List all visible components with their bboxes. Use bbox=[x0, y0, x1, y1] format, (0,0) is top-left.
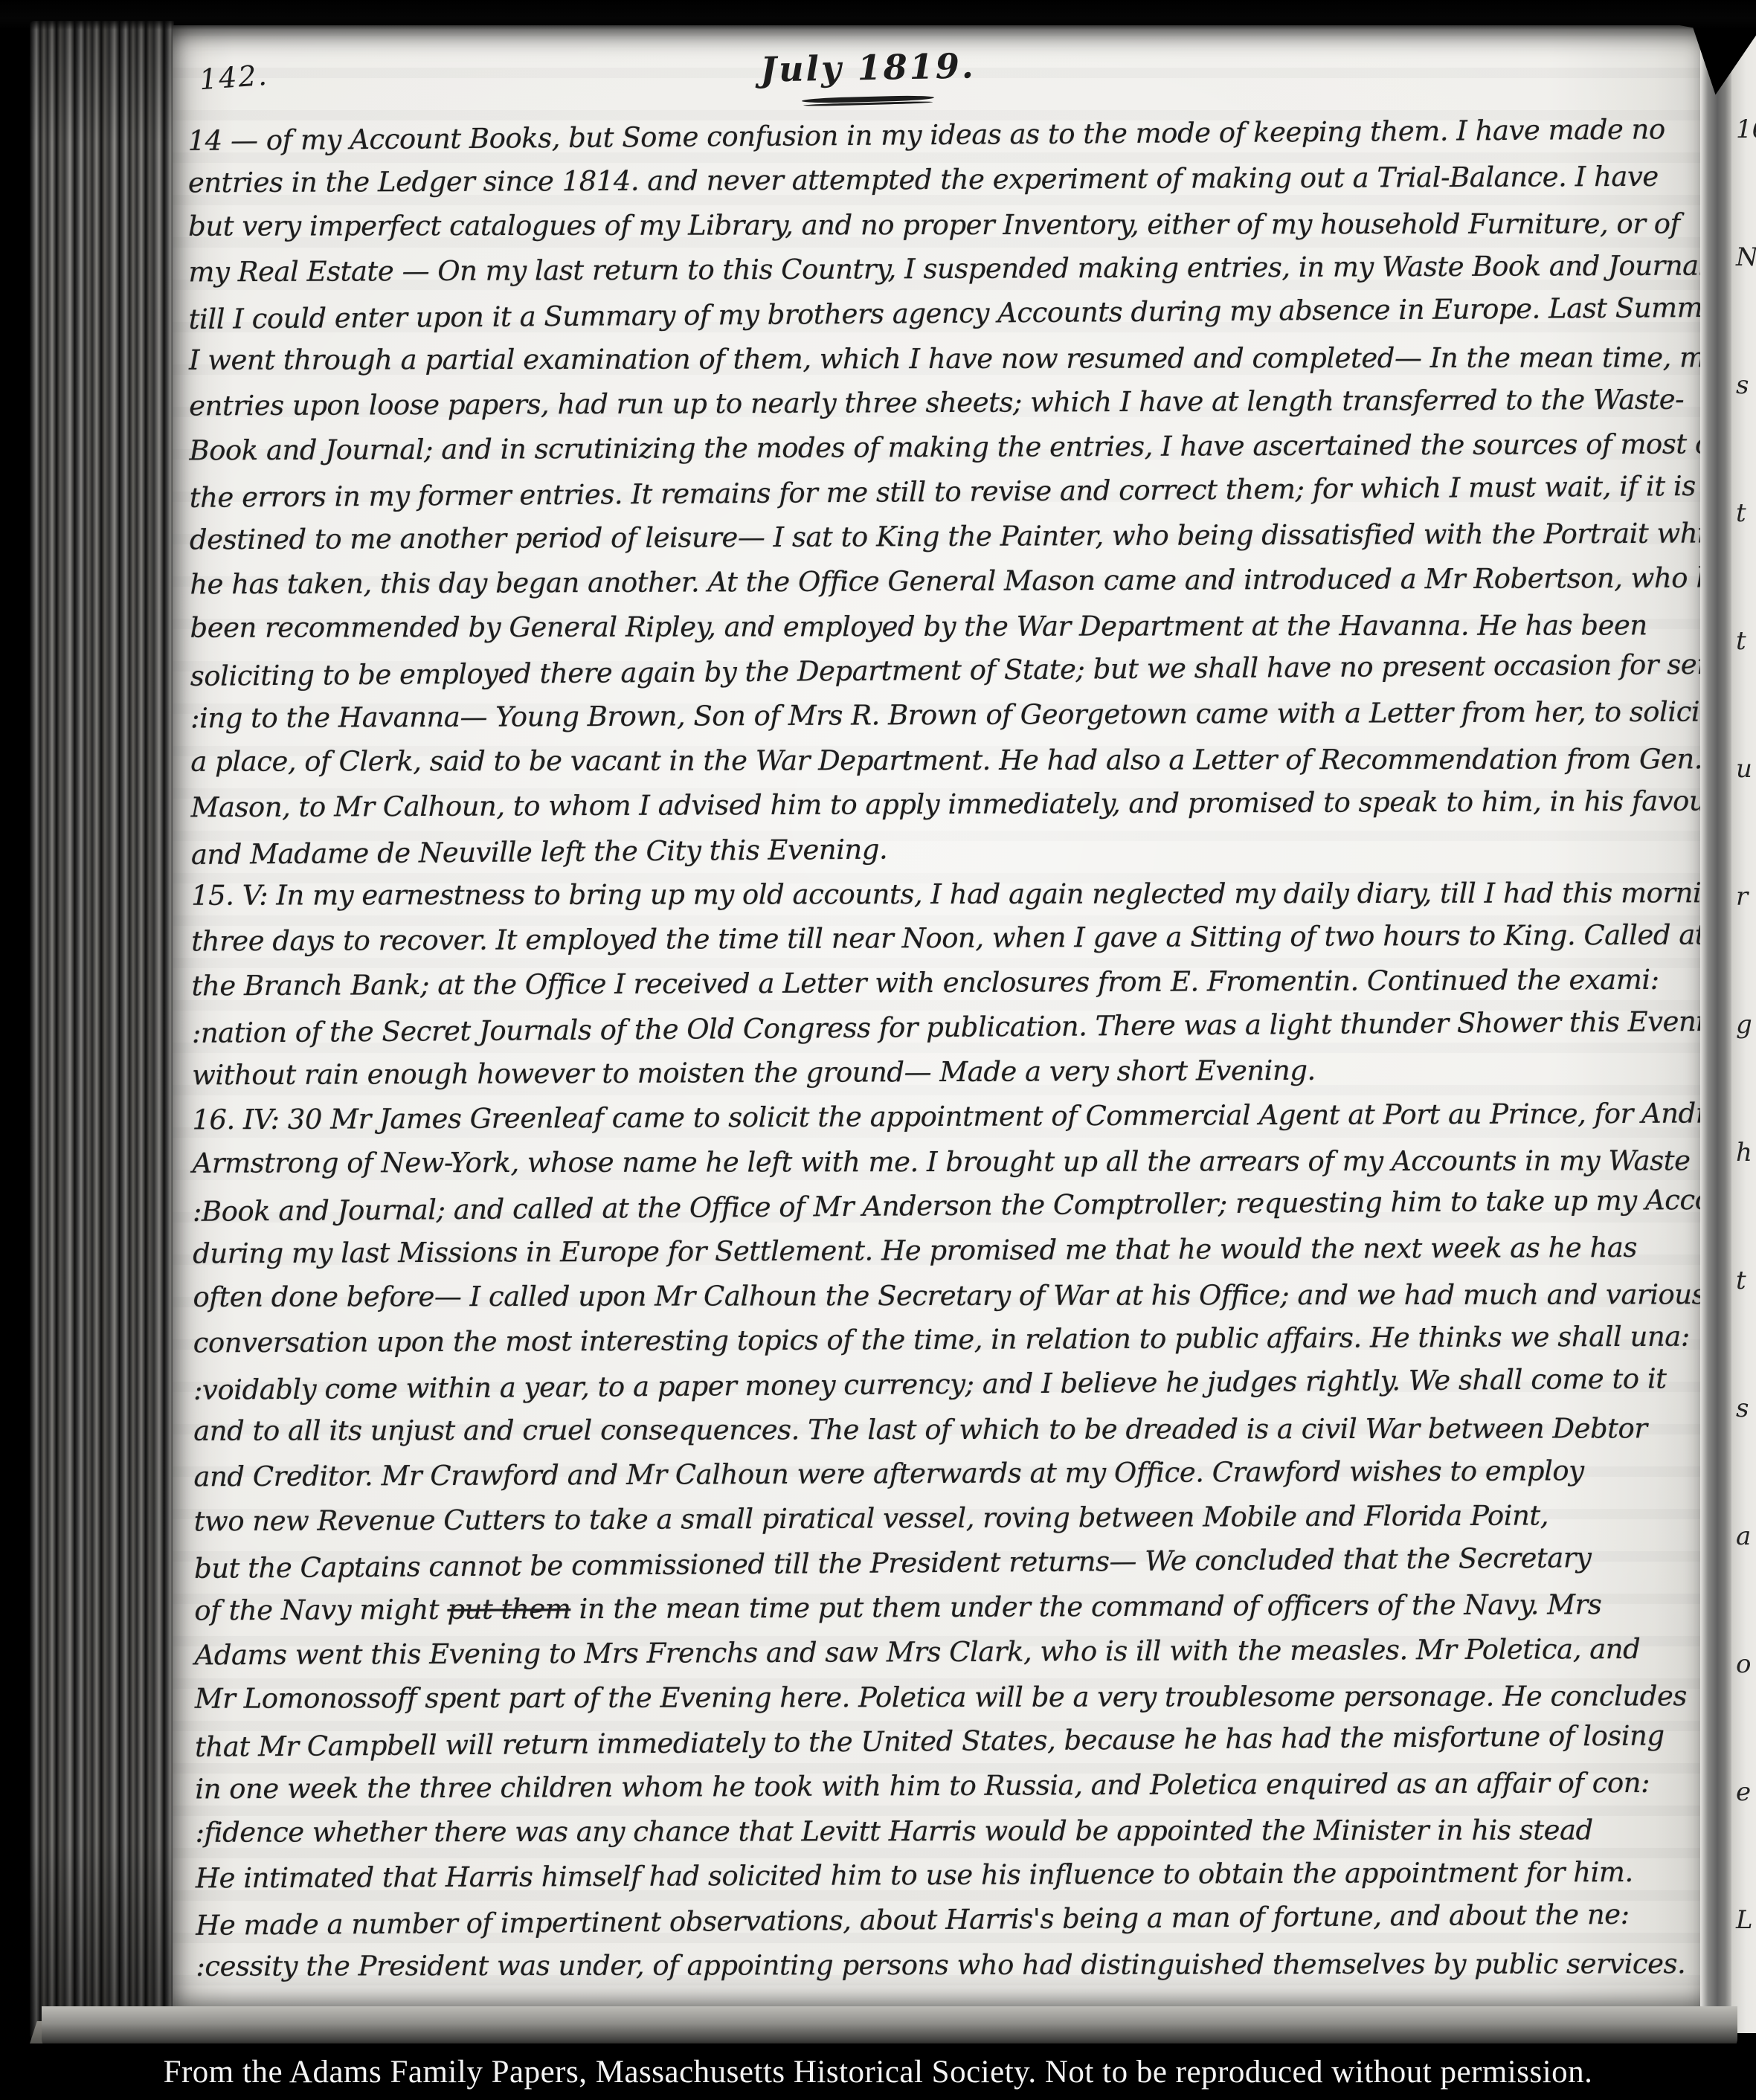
diary-line: :fidence whether there was any chance th… bbox=[196, 1808, 1692, 1855]
diary-line: I went through a partial examination of … bbox=[189, 335, 1685, 383]
facing-page-text-fragment: N bbox=[1736, 242, 1756, 272]
diary-line: without rain enough however to moisten t… bbox=[192, 1047, 1688, 1098]
diary-line: been recommended by General Ripley, and … bbox=[190, 603, 1686, 651]
diary-line: entries upon loose papers, had run up to… bbox=[189, 378, 1685, 429]
diary-line: He made a number of impertinent observat… bbox=[196, 1892, 1692, 1948]
book-page-edges bbox=[30, 21, 174, 2046]
facing-page-text-fragment: u bbox=[1736, 754, 1752, 784]
diary-line: during my last Missions in Europe for Se… bbox=[193, 1225, 1689, 1277]
facing-page-text-fragment: L bbox=[1736, 1905, 1753, 1935]
diary-line: a place, of Clerk, said to be vacant in … bbox=[190, 737, 1687, 785]
diary-line: he has taken, this day began another. At… bbox=[190, 556, 1686, 608]
diary-line: Armstrong of New-York, whose name he lef… bbox=[193, 1138, 1689, 1186]
date-header: July 1819. bbox=[759, 45, 975, 89]
facing-page-text-fragment: t bbox=[1736, 626, 1746, 656]
manuscript-scan: 142. July 1819. 14 — of my Account Books… bbox=[0, 0, 1756, 2100]
struck-text: put them bbox=[447, 1593, 570, 1626]
facing-page-text-fragment: r bbox=[1736, 882, 1748, 912]
page-number: 142. bbox=[199, 59, 269, 96]
diary-line: of the Navy might put them in the mean t… bbox=[194, 1582, 1691, 1634]
diary-page: 142. July 1819. 14 — of my Account Books… bbox=[173, 25, 1700, 2009]
diary-line: and to all its unjust and cruel conseque… bbox=[193, 1406, 1690, 1454]
date-underline-flourish bbox=[802, 95, 934, 104]
facing-page-text-fragment: a bbox=[1736, 1521, 1751, 1551]
diary-line: and Madame de Neuville left the City thi… bbox=[191, 821, 1688, 877]
facing-page-text-fragment: h bbox=[1736, 1138, 1752, 1167]
diary-line: Mr Lomonossoff spent part of the Evening… bbox=[195, 1674, 1691, 1721]
scan-top-border bbox=[0, 0, 1756, 30]
facing-page-text-fragment: s bbox=[1736, 1394, 1749, 1423]
diary-line: :voidably come within a year, to a paper… bbox=[193, 1356, 1690, 1413]
diary-line: Adams went this Evening to Mrs Frenchs a… bbox=[194, 1627, 1691, 1678]
facing-page-text-fragment: o bbox=[1736, 1649, 1751, 1679]
diary-line: in one week the three children whom he t… bbox=[195, 1761, 1691, 1812]
facing-page-sliver: 16NstturghtsaoeL bbox=[1731, 25, 1756, 2033]
diary-line: but very imperfect catalogues of my Libr… bbox=[188, 202, 1685, 249]
caption-bar: From the Adams Family Papers, Massachuse… bbox=[0, 2043, 1756, 2100]
facing-page-text-fragment: s bbox=[1736, 370, 1749, 400]
diary-line: and Creditor. Mr Crawford and Mr Calhoun… bbox=[193, 1449, 1690, 1500]
diary-line: :cessity the President was under, of app… bbox=[196, 1942, 1692, 1989]
facing-page-text-fragment: e bbox=[1736, 1777, 1751, 1807]
diary-line: often done before— I called upon Mr Calh… bbox=[193, 1272, 1689, 1320]
diary-line: destined to me another period of leisure… bbox=[190, 512, 1686, 563]
facing-page-text-fragment: g bbox=[1736, 1010, 1752, 1040]
diary-text: 14 — of my Account Books, but Some confu… bbox=[188, 110, 1693, 1991]
diary-line: :ing to the Havanna— Young Brown, Son of… bbox=[190, 690, 1687, 741]
diary-line: entries in the Ledger since 1814. and ne… bbox=[188, 155, 1685, 206]
diary-line: 15. V: In my earnestness to bring up my … bbox=[191, 871, 1688, 918]
facing-page-text-fragment: t bbox=[1736, 1266, 1746, 1295]
diary-line: till I could enter upon it a Summary of … bbox=[188, 286, 1685, 342]
diary-line: 16. IV: 30 Mr James Greenleaf came to so… bbox=[192, 1092, 1688, 1143]
caption-text: From the Adams Family Papers, Massachuse… bbox=[164, 2054, 1593, 2090]
facing-page-text-fragment: t bbox=[1736, 498, 1746, 528]
facing-page-text-fragment: 16 bbox=[1736, 115, 1756, 144]
book-gutter-shadow bbox=[1700, 0, 1731, 2052]
diary-line: three days to recover. It employed the t… bbox=[191, 913, 1688, 964]
